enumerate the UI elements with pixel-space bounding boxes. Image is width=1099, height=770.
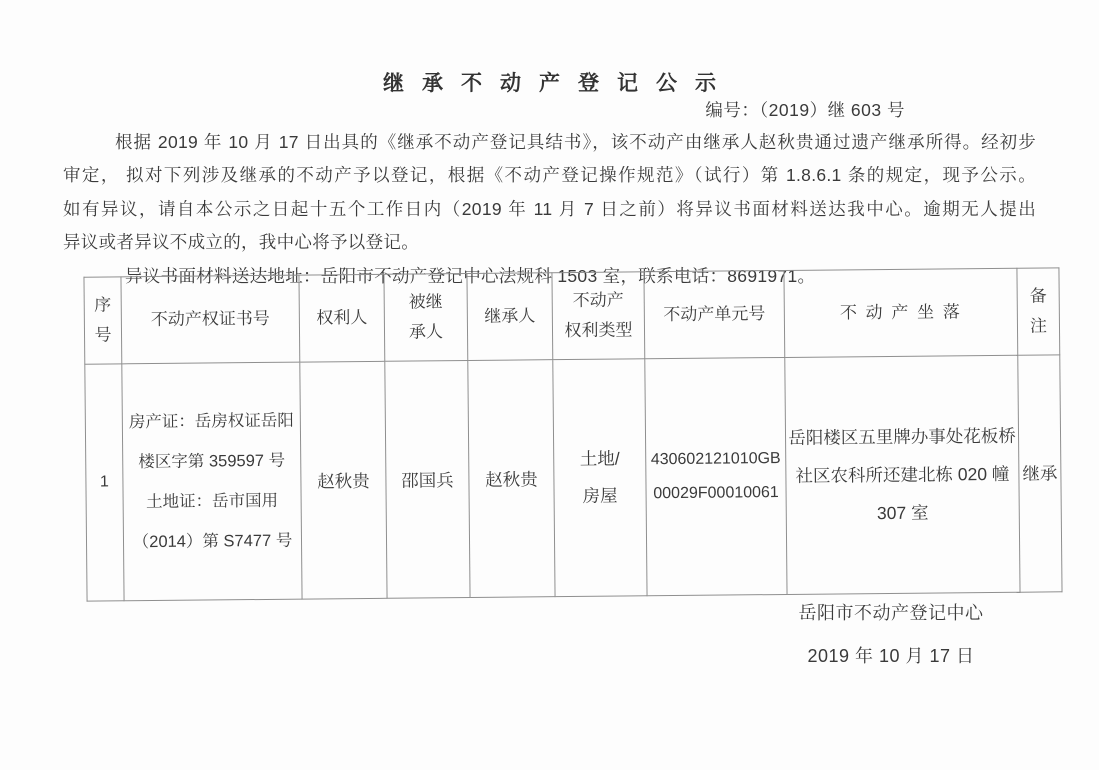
header-seq: 序 号	[84, 277, 122, 364]
cell-holder: 赵秋贵	[300, 361, 387, 599]
doc-number: 编号：（2019）继 603 号	[705, 97, 905, 122]
issuer-name: 岳阳市不动产登记中心	[755, 599, 1027, 625]
header-cert-no: 不动产权证书号	[121, 275, 300, 364]
body-line-3: 如有异议，请自本公示之日起十五个工作日内（2019 年 11 月 7 日之前）将…	[63, 193, 1036, 226]
header-location: 不 动 产 坐 落	[784, 268, 1018, 357]
registration-table: 序 号 不动产权证书号 权利人 被继 承人 继承人 不动产 权利类型 不动产单元…	[83, 267, 1062, 601]
table-header-row: 序 号 不动产权证书号 权利人 被继 承人 继承人 不动产 权利类型 不动产单元…	[84, 268, 1060, 364]
cell-right-type: 土地/ 房屋	[553, 359, 647, 597]
cell-seq: 1	[85, 364, 124, 601]
body-line-4: 异议或者异议不成立的，我中心将予以登记。	[63, 226, 1036, 259]
cell-location: 岳阳楼区五里牌办事处花板桥社区农科所还建北栋 020 幢 307 室	[785, 355, 1020, 594]
header-holder: 权利人	[299, 274, 385, 362]
scanned-notice-page: 继承不动产登记公示 编号：（2019）继 603 号 根据 2019 年 10 …	[0, 0, 1099, 770]
header-decedent: 被继 承人	[384, 274, 468, 362]
cell-remark: 继承	[1018, 355, 1062, 592]
page-title: 继承不动产登记公示	[0, 67, 1099, 97]
table-row: 1 房产证：岳房权证岳阳楼区字第 359597 号 土地证：岳市国用（2014）…	[85, 355, 1062, 601]
body-line-1: 根据 2019 年 10 月 17 日出具的《继承不动产登记具结书》，该不动产由…	[63, 126, 1036, 159]
signature-block: 岳阳市不动产登记中心 2019 年 10 月 17 日	[755, 599, 1027, 668]
cell-unit-no: 430602121010GB00029F00010061	[645, 357, 787, 595]
header-heir: 继承人	[467, 273, 553, 361]
cell-decedent: 邵国兵	[385, 361, 470, 599]
cell-cert-no: 房产证：岳房权证岳阳楼区字第 359597 号 土地证：岳市国用（2014）第 …	[122, 362, 302, 601]
issue-date: 2019 年 10 月 17 日	[755, 642, 1027, 668]
header-unit-no: 不动产单元号	[644, 270, 785, 358]
body-line-2: 审定， 拟对下列涉及继承的不动产予以登记，根据《不动产登记操作规范》（试行）第 …	[63, 159, 1036, 192]
cell-heir: 赵秋贵	[468, 360, 555, 598]
header-remark: 备 注	[1017, 268, 1060, 355]
header-right-type: 不动产 权利类型	[552, 272, 645, 360]
